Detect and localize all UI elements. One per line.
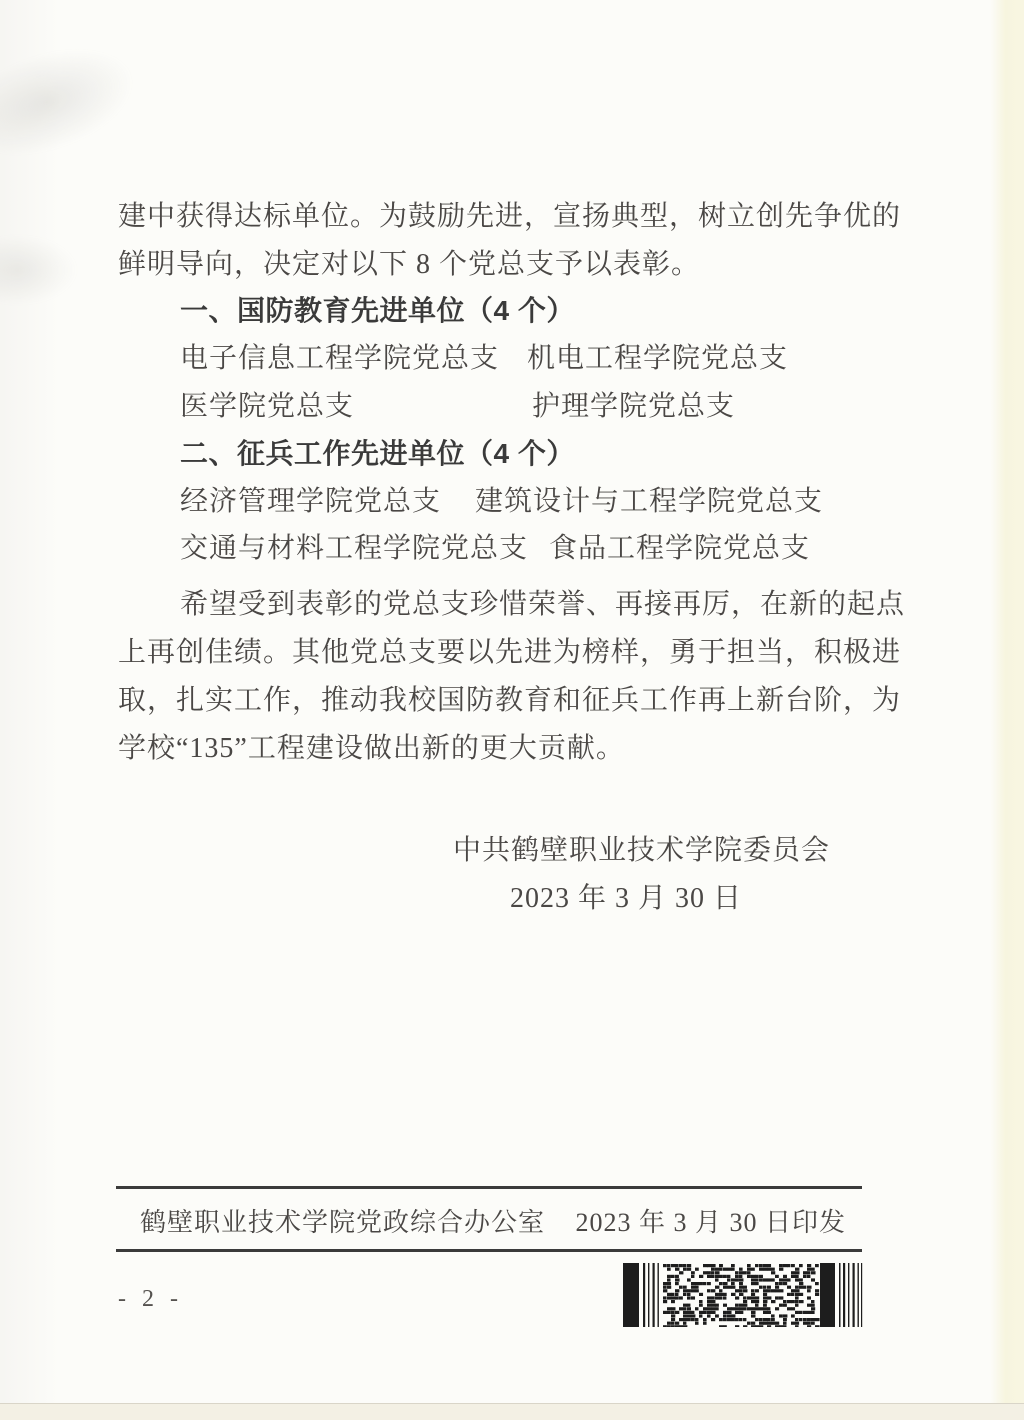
scan-right-edge-band — [990, 0, 1024, 1420]
body-line: 希望受到表彰的党总支珍惜荣誉、再接再厉，在新的起点 — [180, 588, 905, 622]
award-unit: 医学院党总支 — [180, 391, 354, 422]
footer-rule-top — [116, 1186, 862, 1189]
award-unit: 交通与材料工程学院党总支 — [180, 533, 528, 564]
award-unit: 护理学院党总支 — [532, 390, 735, 424]
award-row: 经济管理学院党总支 建筑设计与工程学院党总支 — [180, 485, 940, 519]
award-unit: 电子信息工程学院党总支 — [180, 343, 499, 374]
section1-heading: 一、国防教育先进单位（4 个） — [180, 294, 575, 328]
footer-print-date: 2023 年 3 月 30 日印发 — [116, 1206, 846, 1240]
scanned-document-page: 建中获得达标单位。为鼓励先进，宣扬典型，树立创先争优的 鲜明导向，决定对以下 8… — [0, 0, 1024, 1420]
body-line: 建中获得达标单位。为鼓励先进，宣扬典型，树立创先争优的 — [118, 200, 901, 234]
body-line: 鲜明导向，决定对以下 8 个党总支予以表彰。 — [118, 248, 700, 282]
page-number: - 2 - — [118, 1282, 183, 1316]
body-line: 取，扎实工作，推动我校国防教育和征兵工作再上新台阶，为 — [118, 684, 901, 718]
scan-left-edge-shading — [0, 0, 70, 1420]
signature-date: 2023 年 3 月 30 日 — [510, 882, 742, 916]
award-row: 医学院党总支 护理学院党总支 — [180, 390, 940, 424]
section2-heading: 二、征兵工作先进单位（4 个） — [180, 437, 575, 471]
award-unit: 经济管理学院党总支 — [180, 486, 441, 517]
award-unit: 建筑设计与工程学院党总支 — [475, 485, 823, 519]
award-unit: 机电工程学院党总支 — [527, 342, 788, 376]
award-unit: 食品工程学院党总支 — [549, 532, 810, 566]
scan-smudge — [0, 235, 78, 305]
signature-committee: 中共鹤壁职业技术学院委员会 — [453, 834, 830, 868]
barcode-icon — [623, 1263, 863, 1327]
scan-bottom-paper-edge — [0, 1403, 1024, 1420]
body-line: 上再创佳绩。其他党总支要以先进为榜样，勇于担当，积极进 — [118, 636, 901, 670]
footer-rule-bottom — [116, 1249, 862, 1252]
award-row: 电子信息工程学院党总支 机电工程学院党总支 — [180, 342, 940, 376]
body-line: 学校“135”工程建设做出新的更大贡献。 — [118, 732, 625, 766]
award-row: 交通与材料工程学院党总支 食品工程学院党总支 — [180, 532, 940, 566]
